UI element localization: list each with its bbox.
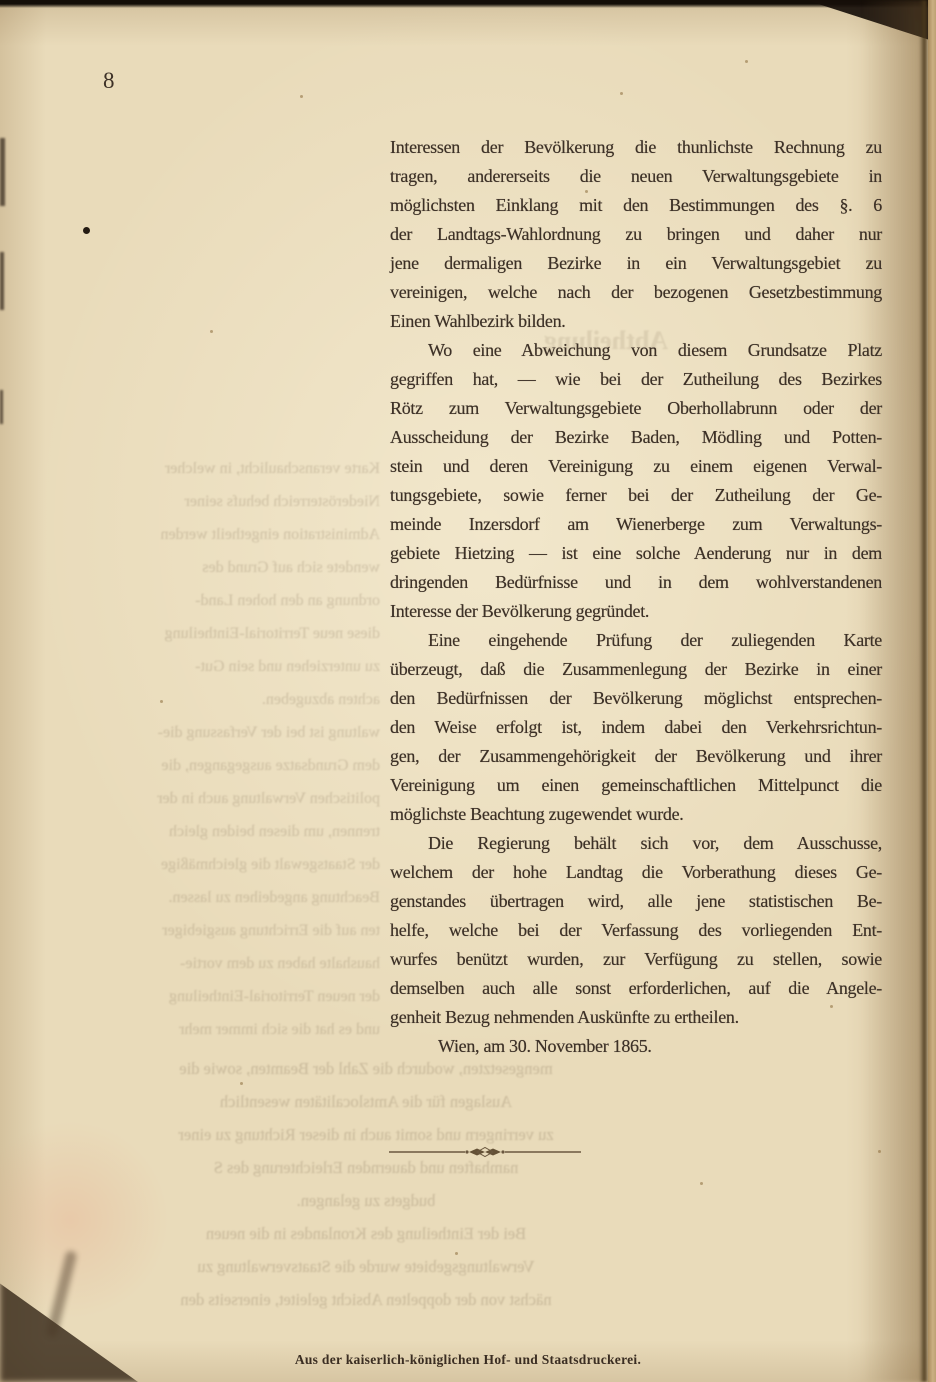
bleedthrough-line: haushalte haben zu dem vortie-: [66, 947, 380, 980]
bleedthrough-line: Administration eingetheilt werden: [66, 518, 380, 551]
text-line: Wo eine Abweichung von diesem Grundsatze…: [390, 336, 882, 365]
body-text: Interessen der Bevölkerung die thunlichs…: [390, 133, 882, 1061]
edge-smudge: [0, 390, 3, 424]
paper-speck: [300, 95, 303, 98]
scan-top-edge: [0, 0, 936, 8]
edge-smudge: [0, 252, 4, 310]
bleedthrough-line: nächst von der doppelten Absicht geleite…: [88, 1283, 644, 1316]
bleedthrough-line: budgets zu gelangen.: [88, 1184, 644, 1217]
bleedthrough-line: diese neue Territorial-Eintheilung: [66, 617, 380, 650]
text-line: Einen Wahlbezirk bilden.: [390, 307, 882, 336]
bleedthrough-line: politischen Verwaltung auch in der: [66, 782, 380, 815]
bleedthrough-line: Niederösterreich behufs seiner: [66, 485, 380, 518]
text-line: dringenden Bedürfnisse und in dem wohlve…: [390, 568, 882, 597]
text-line: Interessen der Bevölkerung die thunlichs…: [390, 133, 882, 162]
bleedthrough-line: Auslagen für die Amtslocalitäten wesentl…: [88, 1085, 644, 1118]
text-line: tungsgebiete, sowie ferner bei der Zuthe…: [390, 481, 882, 510]
text-line: überzeugt, daß die Zusammenlegung der Be…: [390, 655, 882, 684]
paper-speck: [745, 60, 748, 63]
paper-speck: [620, 92, 623, 95]
text-line: genheit Bezug nehmenden Auskünfte zu ert…: [390, 1003, 882, 1032]
text-line: Rötz zum Verwaltungsgebiete Oberhollabru…: [390, 394, 882, 423]
text-line: helfe, welche bei der Verfassung des vor…: [390, 916, 882, 945]
text-line: genstandes übertragen wird, alle jene st…: [390, 887, 882, 916]
paper-speck: [878, 1150, 881, 1153]
text-line: Interesse der Bevölkerung gegründet.: [390, 597, 882, 626]
bleedthrough-line: der neuen Territorial-Eintheilung: [66, 980, 380, 1013]
bleedthrough-line: waltung ist bei der Verfassung die-: [66, 716, 380, 749]
text-line: Eine eingehende Prüfung der zuliegenden …: [390, 626, 882, 655]
bleedthrough-line: der Staatsgewalt die gleichmäßige: [66, 848, 380, 881]
ink-spot: [83, 227, 90, 234]
book-page-scan: Abtheilung Karte veranschaulicht, in wel…: [0, 0, 936, 1382]
printer-imprint: Aus der kaiserlich-königlichen Hof- und …: [18, 1352, 918, 1368]
text-line: jene dermaligen Bezirke in ein Verwaltun…: [390, 249, 882, 278]
bleedthrough-line: ordnung an den hohen Land-: [66, 584, 380, 617]
text-line: meinde Inzersdorf am Wienerberge zum Ver…: [390, 510, 882, 539]
section-divider-ornament: [387, 1144, 583, 1160]
bleedthrough-line: trennen, um diesen beiden gleich: [66, 815, 380, 848]
bleedthrough-line: Beachtung angedeihen zu lassen.: [66, 881, 380, 914]
bleedthrough-line: Bei der Eintheilung des Kronlandes in di…: [88, 1217, 644, 1250]
text-line: gebiete Hietzing — ist eine solche Aende…: [390, 539, 882, 568]
text-line: den Weise erfolgt ist, indem dabei den V…: [390, 713, 882, 742]
text-line: möglichsten Einklang mit den Bestimmunge…: [390, 191, 882, 220]
bleedthrough-line: ten auf die Errichtung ausgiebiger: [66, 914, 380, 947]
bleedthrough-bottom-text: mengesetzten, wodurch die Zahl der Beamt…: [88, 1052, 644, 1316]
bleedthrough-line: Karte veranschaulicht, in welcher: [66, 452, 380, 485]
text-line: stein und deren Vereinigung zu einem eig…: [390, 452, 882, 481]
text-line: gen, der Zusammengehörigkeit der Bevölke…: [390, 742, 882, 771]
text-line: tragen, andererseits die neuen Verwaltun…: [390, 162, 882, 191]
bleedthrough-line: dem Grundsatze ausgegangen, die: [66, 749, 380, 782]
text-line: welchem der hohe Landtag die Vorberathun…: [390, 858, 882, 887]
paper-speck: [210, 330, 213, 333]
text-line: Die Regierung behält sich vor, dem Aussc…: [390, 829, 882, 858]
paper-speck: [700, 1182, 703, 1185]
text-line: Ausscheidung der Bezirke Baden, Mödling …: [390, 423, 882, 452]
page-number: 8: [103, 68, 116, 94]
text-line: der Landtags-Wahlordnung zu bringen und …: [390, 220, 882, 249]
bleedthrough-line: achten abzugeben.: [66, 683, 380, 716]
text-line: vereinigen, welche nach der bezogenen Ge…: [390, 278, 882, 307]
bleedthrough-line: und es hat die sich immer mehr: [66, 1013, 380, 1046]
text-line: demselben auch alle sonst erforderlichen…: [390, 974, 882, 1003]
bleedthrough-margin-text: Karte veranschaulicht, in welcherNiederö…: [66, 452, 380, 1046]
adjacent-page-edge: [928, 0, 936, 1382]
bleedthrough-line: wendete sich auf Grund des: [66, 551, 380, 584]
dateline: Wien, am 30. November 1865.: [438, 1032, 882, 1061]
bleedthrough-line: Verwaltungsgebiete wurde die Staatsverwa…: [88, 1250, 644, 1283]
text-line: den Bedürfnissen der Bevölkerung möglich…: [390, 684, 882, 713]
text-line: gegriffen hat, — wie bei der Zutheilung …: [390, 365, 882, 394]
text-line: wurfes benützt wurden, zur Verfügung zu …: [390, 945, 882, 974]
edge-smudge: [0, 138, 5, 206]
text-line: Vereinigung um einen gemeinschaftlichen …: [390, 771, 882, 800]
bleedthrough-line: zu unterziehen und sein Gut-: [66, 650, 380, 683]
text-line: möglichste Beachtung zugewendet wurde.: [390, 800, 882, 829]
